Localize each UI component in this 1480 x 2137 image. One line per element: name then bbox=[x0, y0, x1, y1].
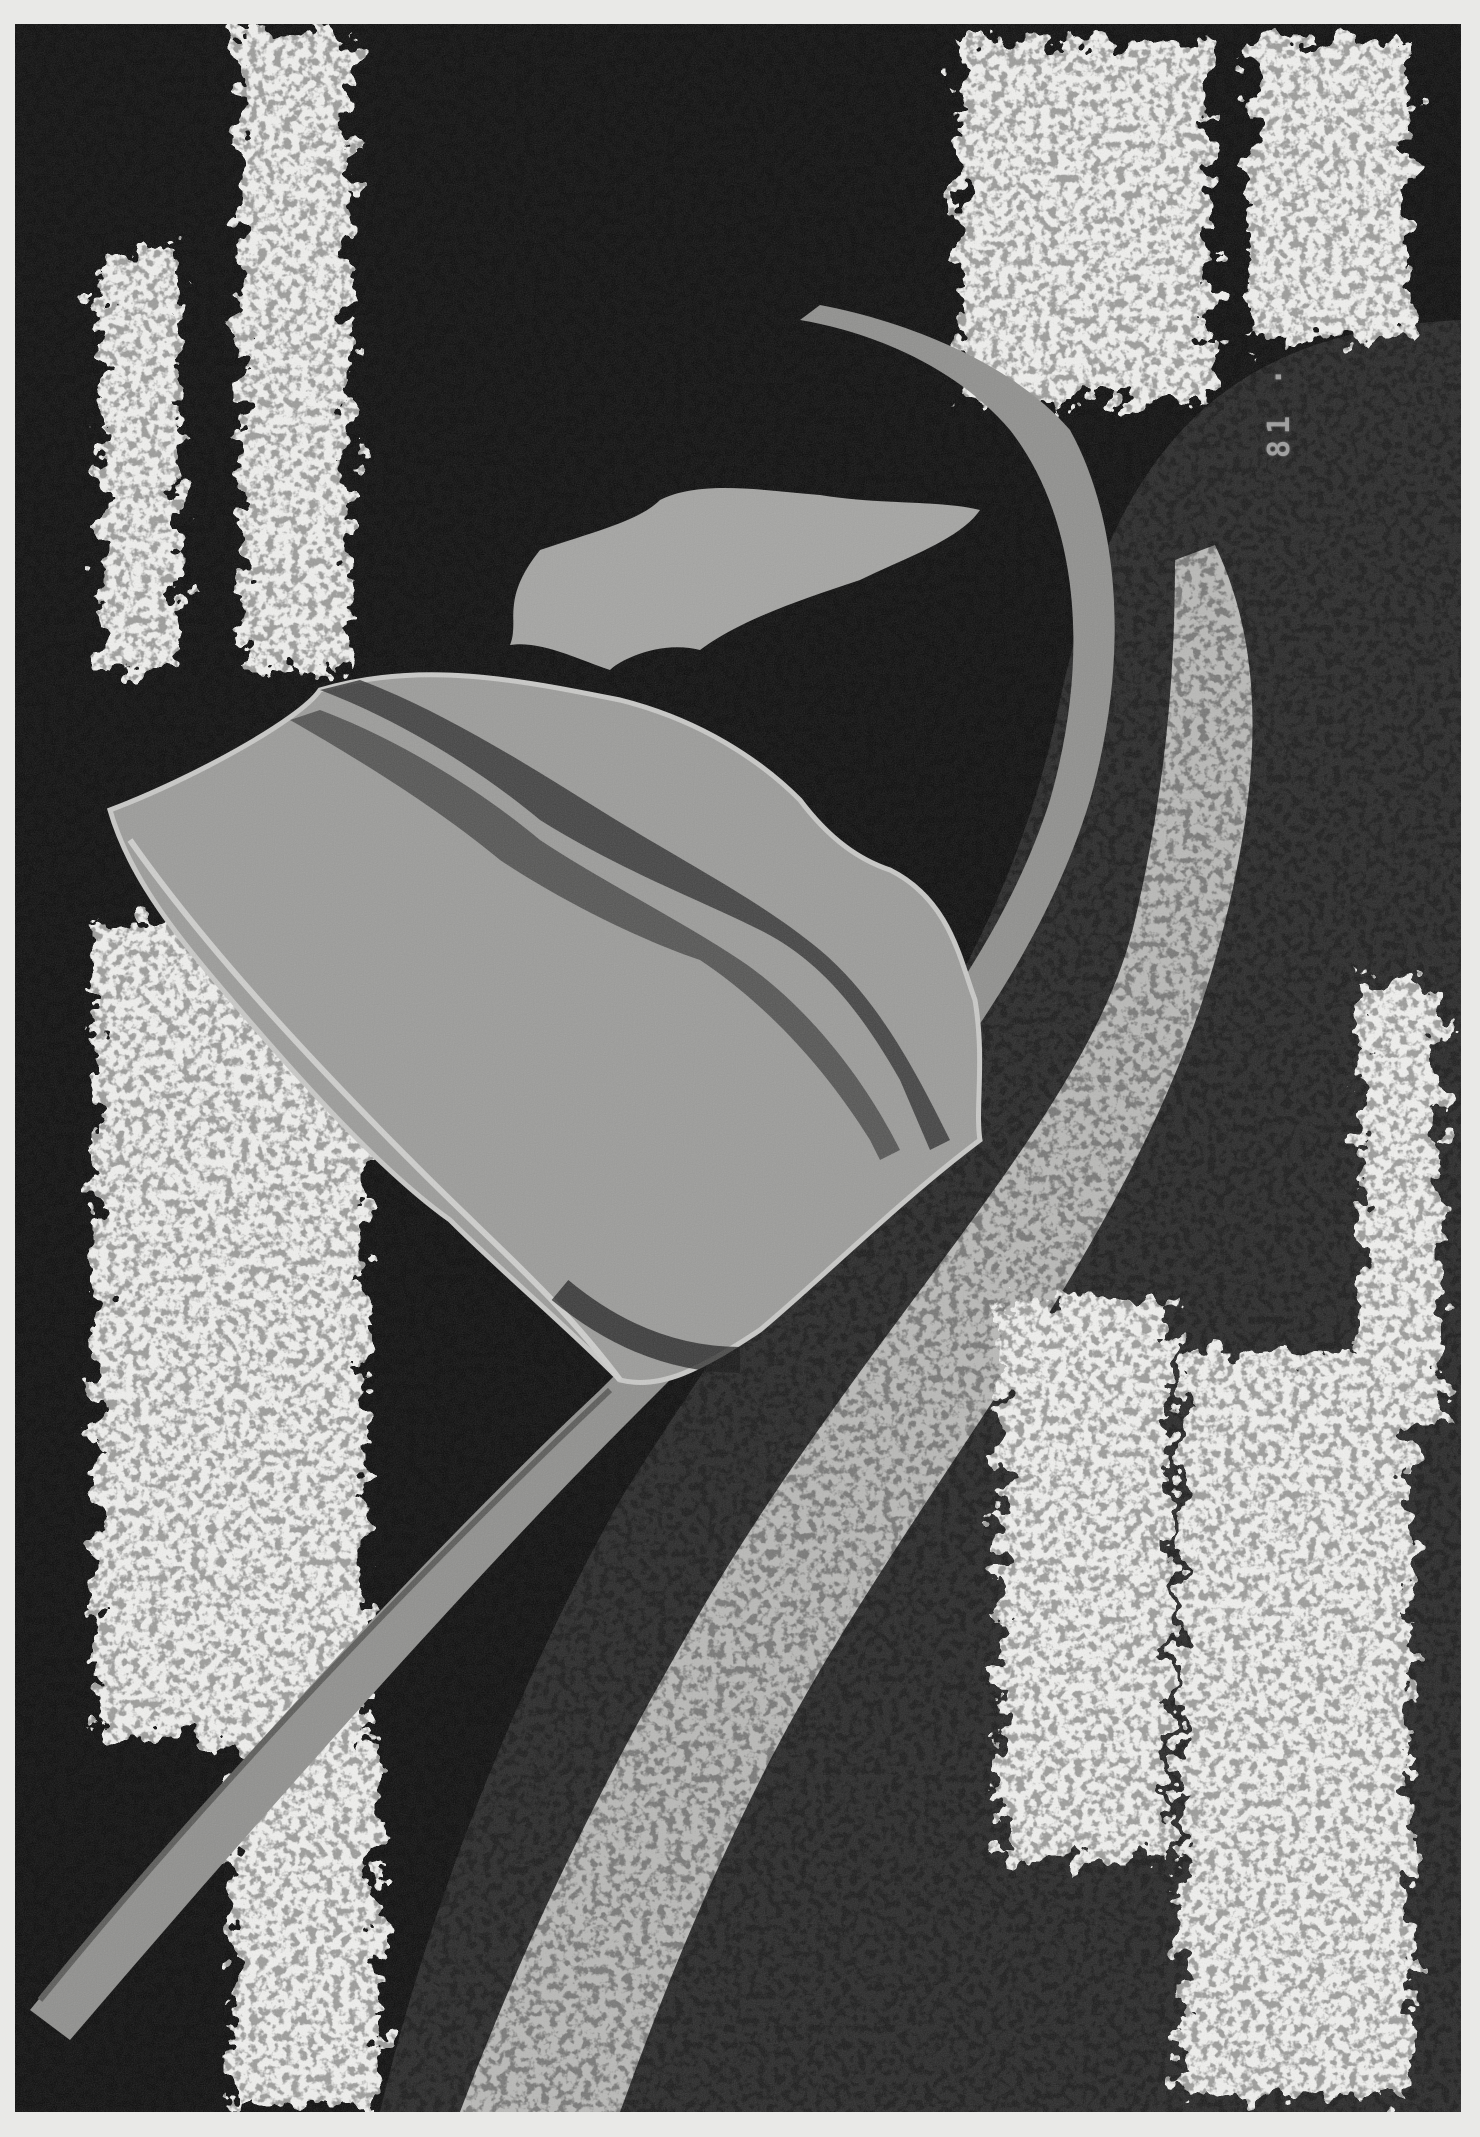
photograph bbox=[0, 0, 1480, 2137]
date-imprint: 81 · bbox=[1262, 228, 1302, 458]
